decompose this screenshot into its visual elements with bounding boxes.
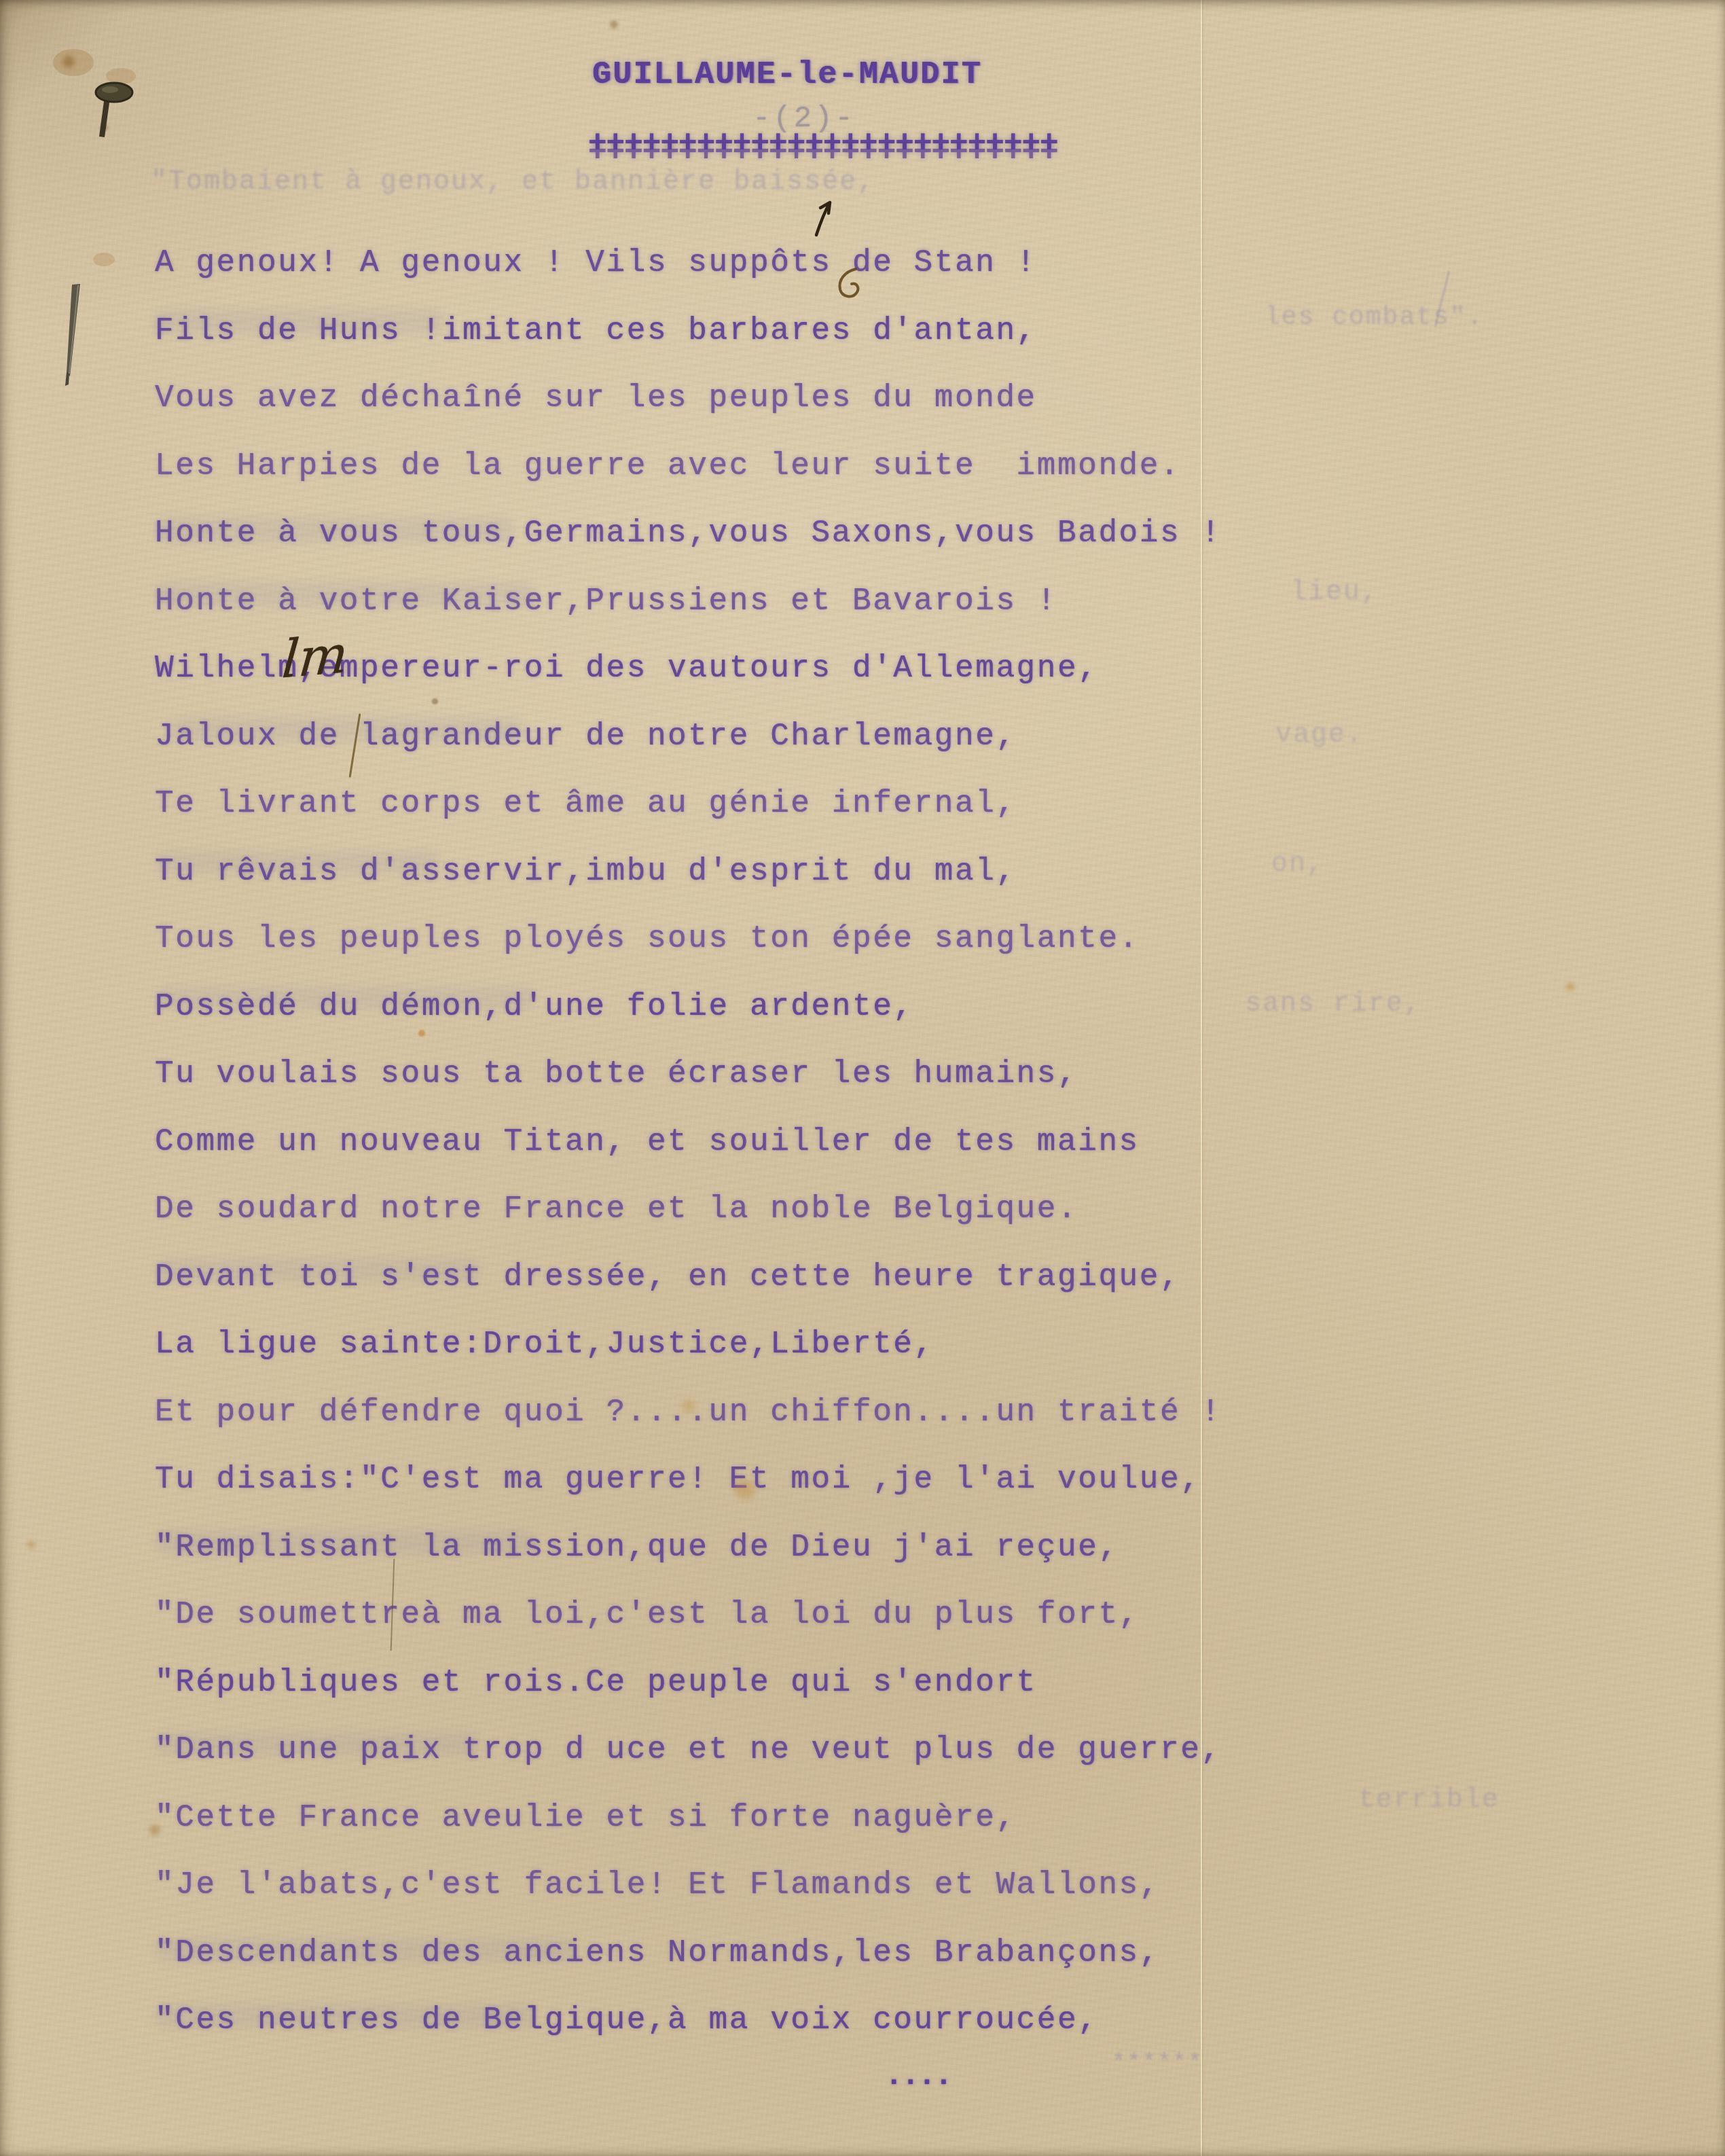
poem-line: Te livrant corps et âme au génie inferna… (155, 770, 1222, 838)
ghost-text: les combats". (1265, 303, 1483, 332)
poem-line: "Cette France aveulie et si forte naguèr… (155, 1784, 1222, 1852)
poem-line: "Dans une paix trop d uce et ne veut plu… (155, 1717, 1222, 1784)
poem-line: Les Harpies de la guerre avec leur suite… (155, 433, 1222, 501)
foxing-stain (610, 20, 618, 29)
pin (39, 35, 202, 429)
ghost-text: "Tombaient à genoux, et bannière baissée… (151, 167, 875, 198)
poem-line: Tous les peuples ployés sous ton épée sa… (155, 905, 1222, 973)
poem-line: Tu voulais sous ta botte écraser les hum… (155, 1041, 1222, 1109)
poem-line: Comme un nouveau Titan, et souiller de t… (155, 1109, 1222, 1176)
poem-line: "Républiques et rois.Ce peuple qui s'end… (155, 1649, 1222, 1717)
ghost-text: on, (1271, 849, 1324, 880)
ghost-text: terrible (1358, 1785, 1500, 1816)
ghost-text: lieu, (1290, 577, 1379, 608)
end-mark: .... (885, 2060, 951, 2094)
decorative-separator-overstrike: ++++++++++++++++++++++++++ (588, 135, 1058, 170)
document-page: GUILLAUME-le-MAUDIT -(2)- ++++++++++++++… (0, 0, 1725, 2156)
handwritten-curl-mark (835, 266, 865, 302)
poem-line: Et pour défendre quoi ?....un chiffon...… (155, 1379, 1222, 1447)
poem-line: Tu disais:"C'est ma guerre! Et moi ,je l… (155, 1446, 1222, 1514)
poem-line: Wilhelm,empereur-roi des vautours d'Alle… (155, 635, 1222, 703)
poem-line: "Descendants des anciens Normands,les Br… (155, 1920, 1222, 1988)
poem-line: Jaloux de lagrandeur de notre Charlemagn… (155, 703, 1222, 771)
ghost-pen-stroke (1434, 271, 1450, 327)
poem-body: A genoux! A genoux ! Vils suppôts de Sta… (155, 230, 1222, 2055)
poem-line: Fils de Huns !imitant ces barbares d'ant… (155, 298, 1222, 365)
handwritten-caret-mark (812, 198, 839, 239)
poem-line: A genoux! A genoux ! Vils suppôts de Sta… (155, 230, 1222, 298)
poem-line: Honte à vous tous,Germains,vous Saxons,v… (155, 500, 1222, 568)
poem-line: De soudard notre France et la noble Belg… (155, 1176, 1222, 1244)
foxing-stain (1566, 982, 1575, 991)
poem-line: "De soumettreà ma loi,c'est la loi du pl… (155, 1581, 1222, 1649)
poem-line: La ligue sainte:Droit,Justice,Liberté, (155, 1311, 1222, 1379)
poem-line: Possèdé du démon,d'une folie ardente, (155, 973, 1222, 1041)
poem-line: "Ces neutres de Belgique,à ma voix courr… (155, 1987, 1222, 2055)
poem-line: Tu rêvais d'asservir,imbu d'esprit du ma… (155, 838, 1222, 906)
poem-line: "Remplissant la mission,que de Dieu j'ai… (155, 1514, 1222, 1582)
poem-line: "Je l'abats,c'est facile! Et Flamands et… (155, 1852, 1222, 1920)
ghost-text: sans rire, (1245, 989, 1421, 1020)
poem-line: Devant toi s'est dressée, en cette heure… (155, 1244, 1222, 1312)
ghost-text: vage. (1275, 720, 1364, 751)
page-title: GUILLAUME-le-MAUDIT (592, 57, 982, 93)
foxing-stain (27, 1541, 35, 1549)
poem-line: Vous avez déchaîné sur les peuples du mo… (155, 365, 1222, 433)
poem-line: Honte à votre Kaiser,Prussiens et Bavaro… (155, 568, 1222, 636)
